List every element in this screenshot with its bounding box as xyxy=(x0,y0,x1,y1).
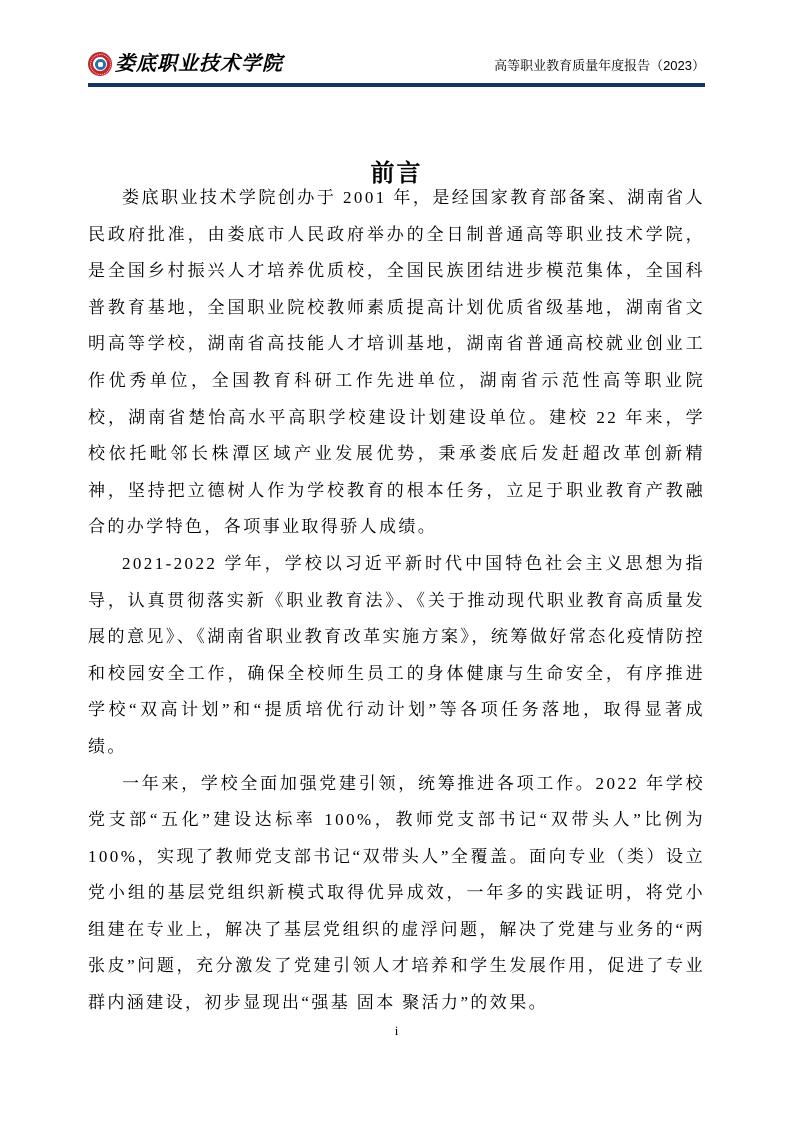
paragraph-1: 娄底职业技术学院创办于 2001 年，是经国家教育部备案、湖南省人民政府批准，由… xyxy=(88,180,705,546)
header-rule xyxy=(88,83,705,87)
school-name: 娄底职业技术学院 xyxy=(115,52,283,76)
school-logo-center xyxy=(93,57,107,71)
paragraph-2: 2021-2022 学年，学校以习近平新时代中国特色社会主义思想为指导，认真贯彻… xyxy=(88,546,705,766)
school-logo-icon xyxy=(88,52,112,76)
page-header: 娄底职业技术学院 高等职业教育质量年度报告（2023） xyxy=(88,52,705,76)
report-title: 高等职业教育质量年度报告（2023） xyxy=(494,57,705,76)
paragraph-3: 一年来，学校全面加强党建引领，统筹推进各项工作。2022 年学校党支部“五化”建… xyxy=(88,766,705,1022)
header-brand: 娄底职业技术学院 xyxy=(88,52,283,76)
preface-body: 娄底职业技术学院创办于 2001 年，是经国家教育部备案、湖南省人民政府批准，由… xyxy=(88,180,705,1022)
document-page: 娄底职业技术学院 高等职业教育质量年度报告（2023） 前言 娄底职业技术学院创… xyxy=(0,0,793,1122)
page-number: i xyxy=(0,1023,793,1039)
